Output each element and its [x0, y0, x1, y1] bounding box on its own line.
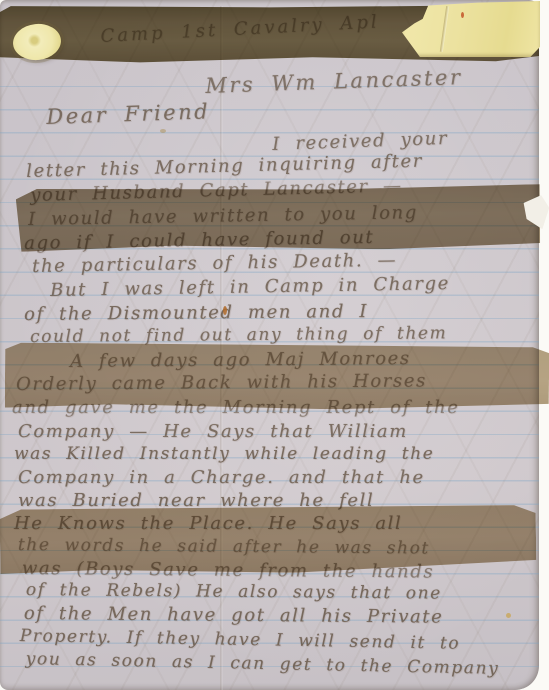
letter-paper: Camp 1st Cavalry AplMrs Wm LancasterDear… [0, 0, 539, 690]
letter-line: the particulars of his Death. — [32, 250, 397, 277]
letter-line: you as soon as I can get to the Company [26, 649, 500, 679]
letter-line: Company in a Charge. and that he [18, 467, 425, 488]
rust-speck [160, 129, 166, 133]
stain-band-middle [5, 343, 549, 411]
letter-line: of the Dismounted men and I [24, 301, 368, 325]
letter-line: of the Rebels) He also says that one [26, 580, 442, 604]
letter-line: Company — He Says that William [18, 421, 408, 442]
rust-speck [461, 12, 464, 18]
letter-line: But I was left in Camp in Charge [50, 273, 450, 301]
letter-line: of the Men have got all his Private [24, 603, 444, 628]
stain-band-upper [16, 184, 540, 252]
rust-speck [223, 306, 227, 315]
letter-line: Mrs Wm Lancaster [205, 65, 463, 98]
letter-scan: Camp 1st Cavalry AplMrs Wm LancasterDear… [0, 0, 549, 690]
letter-line: was Killed Instantly while leading the [14, 444, 434, 464]
rust-speck [506, 613, 511, 618]
letter-line: Dear Friend [46, 99, 210, 129]
